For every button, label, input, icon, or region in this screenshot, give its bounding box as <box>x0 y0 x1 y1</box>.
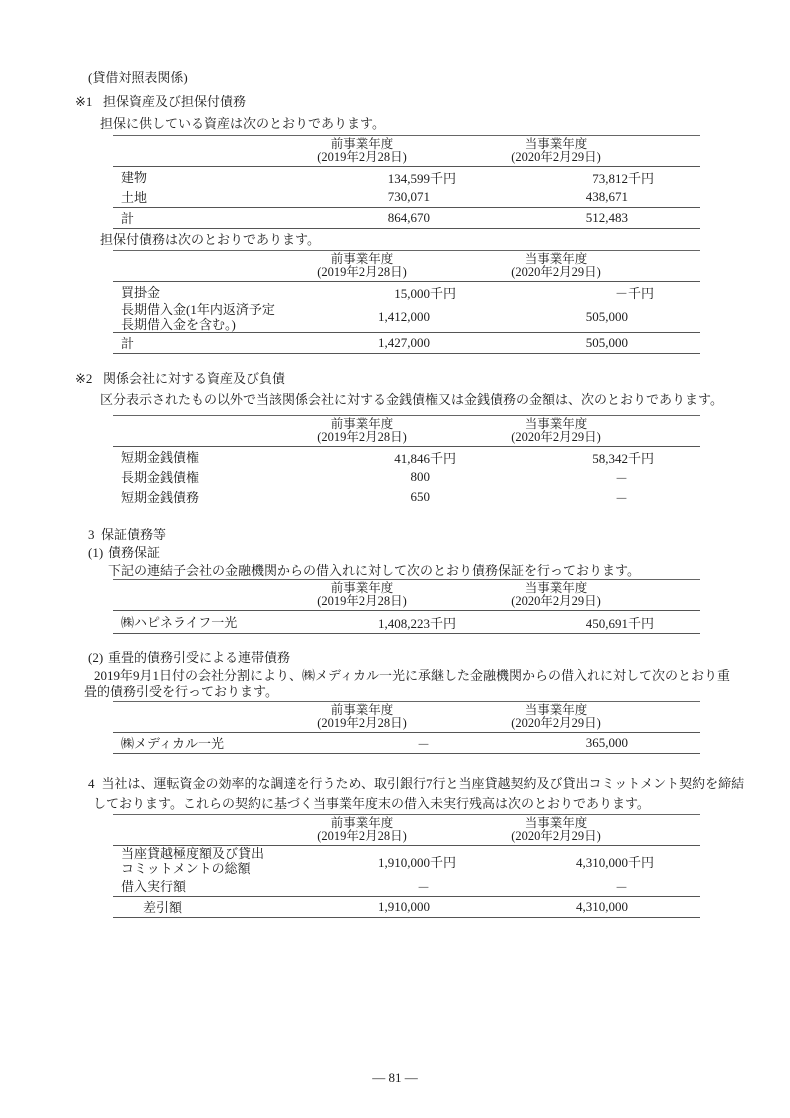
table-row: 借入実行額 － － <box>113 876 700 896</box>
col-header-prev-year: 前事業年度 (2019年2月28日) <box>267 704 457 730</box>
secured-debts-intro: 担保付債務は次のとおりであります。 <box>100 232 790 248</box>
amount: － <box>417 877 430 896</box>
amount: 800 <box>411 469 431 485</box>
joint-obligation-subheading: (2)重畳的債務引受による連帯債務 <box>88 650 790 666</box>
amount: － <box>615 488 628 507</box>
table-row: ㈱ハピネライフ一光 1,408,223千円 450,691千円 <box>113 611 700 634</box>
table-row: 買掛金 15,000千円 －千円 <box>113 282 700 302</box>
value-current: 365,000 <box>457 735 655 751</box>
note2-title: 関係会社に対する資産及び負債 <box>103 371 285 386</box>
amount: 864,670 <box>388 210 430 226</box>
col-header-prev-line2: (2019年2月28日) <box>267 830 457 843</box>
amount: 1,910,000 <box>378 899 430 915</box>
table-row: 建物 134,599千円 73,812千円 <box>113 167 700 187</box>
value-prev: 134,599千円 <box>267 168 457 187</box>
sub1-title: 債務保証 <box>108 545 160 560</box>
value-prev: 1,910,000千円 <box>267 852 457 871</box>
row-label: 計 <box>113 336 267 351</box>
unit-label: 千円 <box>628 283 655 302</box>
value-prev: 864,670 <box>267 210 457 226</box>
page-title: (貸借対照表関係) <box>88 70 790 86</box>
paragraph-text: 2019年9月1日付の会社分割により、㈱メディカル一光に承継した金融機関からの借… <box>84 668 730 699</box>
amount: 730,071 <box>388 189 430 205</box>
col-header-prev-line2: (2019年2月28日) <box>267 266 457 279</box>
row-label: 借入実行額 <box>113 879 267 894</box>
amount: 15,000 <box>394 286 430 302</box>
unit-label: 千円 <box>430 852 457 871</box>
value-prev: 1,408,223千円 <box>267 613 457 632</box>
table-row: ㈱メディカル一光 － 365,000 <box>113 733 700 754</box>
paragraph-text: 当社は、運転資金の効率的な調達を行うため、取引銀行7行と当座貸越契約及び貸出コミ… <box>93 776 744 811</box>
col-header-current-year: 当事業年度 (2020年2月29日) <box>457 704 655 730</box>
col-header-prev-line2: (2019年2月28日) <box>267 717 457 730</box>
secured-debts-table: 前事業年度 (2019年2月28日) 当事業年度 (2020年2月29日) 買掛… <box>113 250 700 354</box>
col-header-prev-year: 前事業年度 (2019年2月28日) <box>267 817 457 843</box>
value-current: － <box>457 468 655 487</box>
unit-label: 千円 <box>430 448 457 467</box>
row-label: 長期金銭債権 <box>113 470 267 485</box>
related-company-intro: 区分表示されたもの以外で当該関係会社に対する金銭債権又は金銭債務の金額は、次のと… <box>100 392 790 408</box>
col-header-current-year: 当事業年度 (2020年2月29日) <box>457 418 655 444</box>
unit-label: 千円 <box>430 168 457 187</box>
col-header-prev-year: 前事業年度 (2019年2月28日) <box>267 582 457 608</box>
amount: 4,310,000 <box>576 855 628 871</box>
col-header-prev-year: 前事業年度 (2019年2月28日) <box>267 138 457 164</box>
amount: 58,342 <box>592 451 628 467</box>
unit-label: 千円 <box>430 613 457 632</box>
commitment-line-table: 前事業年度 (2019年2月28日) 当事業年度 (2020年2月29日) 当座… <box>113 814 700 918</box>
value-prev: 1,910,000 <box>267 899 457 915</box>
amount: 4,310,000 <box>576 899 628 915</box>
table-header: 前事業年度 (2019年2月28日) 当事業年度 (2020年2月29日) <box>113 814 700 846</box>
value-current: －千円 <box>457 283 655 302</box>
row-label: 長期借入金(1年内返済予定 長期借入金を含む。) <box>113 302 267 332</box>
table-row: 短期金銭債務 650 － <box>113 487 700 507</box>
col-header-cur-line2: (2020年2月29日) <box>457 595 655 608</box>
table-row: 当座貸越極度額及び貸出 コミットメントの総額 1,910,000千円 4,310… <box>113 846 700 876</box>
amount: 650 <box>411 489 431 505</box>
table-header: 前事業年度 (2019年2月28日) 当事業年度 (2020年2月29日) <box>113 415 700 447</box>
unit-label: 千円 <box>628 852 655 871</box>
value-prev: － <box>267 734 457 753</box>
table-row: 長期借入金(1年内返済予定 長期借入金を含む。) 1,412,000 505,0… <box>113 302 700 332</box>
row-label: 買掛金 <box>113 285 267 300</box>
note2-marker: ※2 <box>75 371 103 387</box>
related-company-table: 前事業年度 (2019年2月28日) 当事業年度 (2020年2月29日) 短期… <box>113 415 700 507</box>
amount: 1,408,223 <box>378 616 430 632</box>
value-prev: 800 <box>267 469 457 485</box>
value-current: 4,310,000千円 <box>457 852 655 871</box>
amount: － <box>615 468 628 487</box>
table-header: 前事業年度 (2019年2月28日) 当事業年度 (2020年2月29日) <box>113 579 700 611</box>
col-header-cur-line2: (2020年2月29日) <box>457 830 655 843</box>
note3-heading: 3保証債務等 <box>88 527 790 543</box>
col-header-cur-line2: (2020年2月29日) <box>457 266 655 279</box>
guarantee-intro: 下記の連結子会社の金融機関からの借入れに対して次のとおり債務保証を行っております… <box>108 563 790 579</box>
joint-obligation-table: 前事業年度 (2019年2月28日) 当事業年度 (2020年2月29日) ㈱メ… <box>113 701 700 754</box>
value-prev: 650 <box>267 489 457 505</box>
table-header: 前事業年度 (2019年2月28日) 当事業年度 (2020年2月29日) <box>113 250 700 282</box>
row-label: 当座貸越極度額及び貸出 コミットメントの総額 <box>113 846 267 876</box>
col-header-current-year: 当事業年度 (2020年2月29日) <box>457 582 655 608</box>
note2-heading: ※2関係会社に対する資産及び負債 <box>75 371 790 387</box>
value-current: 505,000 <box>457 335 655 351</box>
amount: 450,691 <box>586 616 628 632</box>
note3-title: 保証債務等 <box>101 527 166 542</box>
value-current: 73,812千円 <box>457 168 655 187</box>
unit-label: 千円 <box>628 168 655 187</box>
amount: 505,000 <box>586 309 628 325</box>
col-header-cur-line2: (2020年2月29日) <box>457 431 655 444</box>
value-current: 512,483 <box>457 210 655 226</box>
sub2-title: 重畳的債務引受による連帯債務 <box>108 650 290 665</box>
col-header-prev-line2: (2019年2月28日) <box>267 431 457 444</box>
unit-label: 千円 <box>628 448 655 467</box>
col-header-prev-line2: (2019年2月28日) <box>267 595 457 608</box>
note3-marker: 3 <box>88 527 101 543</box>
row-label: 建物 <box>113 170 267 185</box>
note4-marker: 4 <box>88 776 95 791</box>
amount: 512,483 <box>586 210 628 226</box>
amount: 505,000 <box>586 335 628 351</box>
col-header-current-year: 当事業年度 (2020年2月29日) <box>457 253 655 279</box>
note1-heading: ※1担保資産及び担保付債務 <box>75 94 790 110</box>
amount: 73,812 <box>592 171 628 187</box>
table-total-row: 差引額 1,910,000 4,310,000 <box>113 896 700 918</box>
row-label: 土地 <box>113 190 267 205</box>
row-label: ㈱ハピネライフ一光 <box>113 615 267 630</box>
amount: 1,412,000 <box>378 309 430 325</box>
table-row: 土地 730,071 438,671 <box>113 187 700 207</box>
note1-title: 担保資産及び担保付債務 <box>103 94 246 109</box>
amount: － <box>615 283 628 302</box>
value-current: 58,342千円 <box>457 448 655 467</box>
joint-obligation-intro: 2019年9月1日付の会社分割により、㈱メディカル一光に承継した金融機関からの借… <box>84 668 790 700</box>
value-prev: 41,846千円 <box>267 448 457 467</box>
sub1-marker: (1) <box>88 545 108 561</box>
amount: 365,000 <box>586 735 628 751</box>
col-header-cur-line2: (2020年2月29日) <box>457 717 655 730</box>
amount: 1,427,000 <box>378 335 430 351</box>
value-current: 505,000 <box>457 309 655 325</box>
amount: 134,599 <box>388 171 430 187</box>
sub2-marker: (2) <box>88 650 108 666</box>
guarantee-subheading: (1)債務保証 <box>88 545 790 561</box>
table-row: 長期金銭債権 800 － <box>113 467 700 487</box>
value-current: 438,671 <box>457 189 655 205</box>
pledged-assets-intro: 担保に供している資産は次のとおりであります。 <box>100 116 790 132</box>
table-header: 前事業年度 (2019年2月28日) 当事業年度 (2020年2月29日) <box>113 701 700 733</box>
pledged-assets-table: 前事業年度 (2019年2月28日) 当事業年度 (2020年2月29日) 建物… <box>113 135 700 229</box>
value-prev: 730,071 <box>267 189 457 205</box>
value-current: 4,310,000 <box>457 899 655 915</box>
col-header-prev-year: 前事業年度 (2019年2月28日) <box>267 253 457 279</box>
value-prev: 1,427,000 <box>267 335 457 351</box>
table-header: 前事業年度 (2019年2月28日) 当事業年度 (2020年2月29日) <box>113 135 700 167</box>
row-label: 計 <box>113 211 267 226</box>
row-label: ㈱メディカル一光 <box>113 736 267 751</box>
unit-label: 千円 <box>430 283 457 302</box>
amount: － <box>615 877 628 896</box>
amount: 438,671 <box>586 189 628 205</box>
unit-label: 千円 <box>628 613 655 632</box>
row-label: 短期金銭債権 <box>113 450 267 465</box>
note4-paragraph: 4当社は、運転資金の効率的な調達を行うため、取引銀行7行と当座貸越契約及び貸出コ… <box>93 774 790 814</box>
col-header-prev-year: 前事業年度 (2019年2月28日) <box>267 418 457 444</box>
col-header-prev-line2: (2019年2月28日) <box>267 151 457 164</box>
guarantee-table: 前事業年度 (2019年2月28日) 当事業年度 (2020年2月29日) ㈱ハ… <box>113 579 700 634</box>
row-label: 短期金銭債務 <box>113 490 267 505</box>
amount: 1,910,000 <box>378 855 430 871</box>
table-total-row: 計 1,427,000 505,000 <box>113 332 700 354</box>
amount: － <box>417 734 430 753</box>
table-total-row: 計 864,670 512,483 <box>113 207 700 229</box>
note1-marker: ※1 <box>75 94 103 110</box>
amount: 41,846 <box>394 451 430 467</box>
value-prev: 15,000千円 <box>267 283 457 302</box>
value-current: － <box>457 488 655 507</box>
value-prev: － <box>267 877 457 896</box>
value-current: 450,691千円 <box>457 613 655 632</box>
value-prev: 1,412,000 <box>267 309 457 325</box>
col-header-cur-line2: (2020年2月29日) <box>457 151 655 164</box>
document-page: (貸借対照表関係) ※1担保資産及び担保付債務 担保に供している資産は次のとおり… <box>0 0 790 1118</box>
col-header-current-year: 当事業年度 (2020年2月29日) <box>457 817 655 843</box>
value-current: － <box>457 877 655 896</box>
table-row: 短期金銭債権 41,846千円 58,342千円 <box>113 447 700 467</box>
page-number: ― 81 ― <box>0 1070 790 1086</box>
col-header-current-year: 当事業年度 (2020年2月29日) <box>457 138 655 164</box>
row-label: 差引額 <box>113 900 267 915</box>
